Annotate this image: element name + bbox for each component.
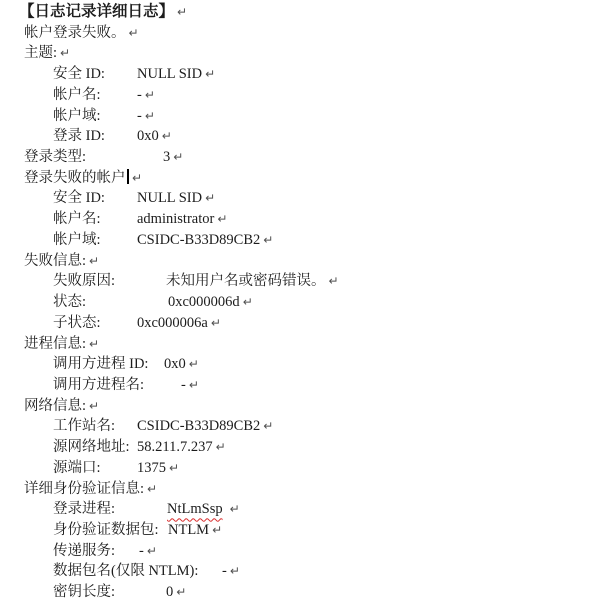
field-label: 详细身份验证信息:: [24, 481, 144, 497]
line-process-info-header: 进程信息:↵: [0, 334, 603, 355]
field-label: 失败原因:: [53, 273, 115, 289]
line-failure-reason: 失败原因: 未知用户名或密码错误。↵: [0, 271, 603, 292]
line-sub-status: 子状态: 0xc000006a↵: [0, 313, 603, 334]
line-failure-info-header: 失败信息:↵: [0, 251, 603, 272]
field-value: 0xc000006a: [137, 315, 208, 331]
line-failed-logon-account-header: 登录失败的帐户↵: [0, 168, 603, 189]
line-subject-account-domain: 帐户域: -↵: [0, 106, 603, 127]
paragraph-mark-icon: ↵: [243, 295, 253, 309]
field-label: 帐户域:: [53, 232, 101, 248]
field-value: NTLM: [168, 522, 209, 538]
paragraph-mark-icon: ↵: [212, 523, 222, 537]
line-account-logon-failed: 帐户登录失败。↵: [0, 23, 603, 44]
field-value: 58.211.7.237: [137, 439, 213, 455]
field-label: 源网络地址:: [53, 439, 130, 455]
field-value: 0x0: [164, 356, 186, 372]
paragraph-mark-icon: ↵: [169, 461, 179, 475]
paragraph-mark-icon: ↵: [205, 191, 215, 205]
paragraph-mark-icon: ↵: [230, 564, 240, 578]
field-value: 0x0: [137, 128, 159, 144]
field-label: 进程信息:: [24, 336, 86, 352]
paragraph-mark-icon: ↵: [329, 274, 339, 288]
paragraph-mark-icon: ↵: [129, 26, 139, 40]
line-detailed-auth-info-header: 详细身份验证信息:↵: [0, 479, 603, 500]
field-label: 失败信息:: [24, 253, 86, 269]
paragraph-mark-icon: ↵: [89, 399, 99, 413]
field-value: -: [181, 377, 186, 393]
paragraph-mark-icon: ↵: [217, 212, 227, 226]
log-detail-document[interactable]: 【日志记录详细日志】↵ 帐户登录失败。↵ 主题:↵ 安全 ID: NULL SI…: [0, 0, 603, 603]
line-key-length: 密钥长度: 0↵: [0, 582, 603, 603]
paragraph-mark-icon: ↵: [147, 482, 157, 496]
field-value: -: [139, 543, 144, 559]
field-label: 登录 ID:: [53, 128, 105, 144]
document-title-line: 【日志记录详细日志】↵: [0, 2, 603, 23]
field-label: 身份验证数据包:: [53, 522, 159, 538]
field-label: 状态:: [53, 294, 86, 310]
line-source-network-address: 源网络地址: 58.211.7.237↵: [0, 437, 603, 458]
field-value: -: [137, 87, 142, 103]
line-network-info-header: 网络信息:↵: [0, 396, 603, 417]
line-subject-account-name: 帐户名: -↵: [0, 85, 603, 106]
line-subject-security-id: 安全 ID: NULL SID↵: [0, 64, 603, 85]
field-value: -: [137, 108, 142, 124]
field-label: 帐户名:: [53, 87, 101, 103]
field-label: 调用方进程 ID:: [53, 356, 148, 372]
document-title: 【日志记录详细日志】: [19, 3, 174, 20]
field-label: 帐户名:: [53, 211, 101, 227]
line-caller-process-id: 调用方进程 ID: 0x0↵: [0, 354, 603, 375]
line-subject-logon-id: 登录 ID: 0x0↵: [0, 126, 603, 147]
field-value: administrator: [137, 211, 214, 227]
field-label: 帐户域:: [53, 108, 101, 124]
line-caller-process-name: 调用方进程名: -↵: [0, 375, 603, 396]
line-workstation-name: 工作站名: CSIDC-B33D89CB2↵: [0, 416, 603, 437]
paragraph-mark-icon: ↵: [89, 337, 99, 351]
field-value: NULL SID: [137, 190, 202, 206]
line-authentication-package: 身份验证数据包: NTLM↵: [0, 520, 603, 541]
field-value: 3: [163, 149, 170, 165]
paragraph-mark-icon: ↵: [162, 129, 172, 143]
field-label: 传递服务:: [53, 543, 115, 559]
field-label: 主题:: [24, 45, 57, 61]
paragraph-mark-icon: ↵: [147, 544, 157, 558]
paragraph-mark-icon: ↵: [216, 440, 226, 454]
field-label: 工作站名:: [53, 418, 115, 434]
line-failed-security-id: 安全 ID: NULL SID↵: [0, 188, 603, 209]
field-value: 0xc000006d: [168, 294, 240, 310]
field-label: 网络信息:: [24, 398, 86, 414]
paragraph-mark-icon: ↵: [145, 109, 155, 123]
paragraph-mark-icon: ↵: [173, 150, 183, 164]
text-cursor: [127, 169, 130, 184]
paragraph-mark-icon: ↵: [230, 502, 240, 516]
line-logon-process: 登录进程: NtLmSsp↵: [0, 499, 603, 520]
field-value: CSIDC-B33D89CB2: [137, 232, 260, 248]
paragraph-mark-icon: ↵: [263, 233, 273, 247]
field-value: NULL SID: [137, 66, 202, 82]
field-label: 登录失败的帐户: [24, 170, 126, 186]
paragraph-mark-icon: ↵: [189, 378, 199, 392]
paragraph-mark-icon: ↵: [177, 5, 187, 19]
field-value: 未知用户名或密码错误。: [166, 273, 326, 289]
line-status: 状态: 0xc000006d↵: [0, 292, 603, 313]
paragraph-mark-icon: ↵: [263, 419, 273, 433]
field-value: 1375: [137, 460, 166, 476]
paragraph-mark-icon: ↵: [205, 67, 215, 81]
field-label: 登录进程:: [53, 501, 115, 517]
field-value-spellcheck-flagged: NtLmSsp: [167, 501, 223, 517]
field-label: 密钥长度:: [53, 584, 115, 600]
line-logon-type: 登录类型: 3↵: [0, 147, 603, 168]
line-failed-account-name: 帐户名: administrator↵: [0, 209, 603, 230]
field-label: 调用方进程名:: [53, 377, 144, 393]
field-label: 数据包名(仅限 NTLM):: [53, 563, 198, 579]
field-label: 源端口:: [53, 460, 101, 476]
field-value: CSIDC-B33D89CB2: [137, 418, 260, 434]
field-label: 安全 ID:: [53, 190, 105, 206]
paragraph-mark-icon: ↵: [60, 46, 70, 60]
line-subject-header: 主题:↵: [0, 43, 603, 64]
line-package-name-ntlm-only: 数据包名(仅限 NTLM): -↵: [0, 561, 603, 582]
line-transited-services: 传递服务: -↵: [0, 541, 603, 562]
paragraph-mark-icon: ↵: [145, 88, 155, 102]
paragraph-mark-icon: ↵: [89, 254, 99, 268]
paragraph-mark-icon: ↵: [189, 357, 199, 371]
paragraph-mark-icon: ↵: [176, 585, 186, 599]
field-label: 帐户登录失败。: [24, 25, 126, 41]
line-source-port: 源端口: 1375↵: [0, 458, 603, 479]
paragraph-mark-icon: ↵: [132, 171, 142, 185]
field-value: -: [222, 563, 227, 579]
field-label: 登录类型:: [24, 149, 86, 165]
paragraph-mark-icon: ↵: [211, 316, 221, 330]
field-label: 安全 ID:: [53, 66, 105, 82]
field-value: 0: [166, 584, 173, 600]
field-label: 子状态:: [53, 315, 101, 331]
line-failed-account-domain: 帐户域: CSIDC-B33D89CB2↵: [0, 230, 603, 251]
